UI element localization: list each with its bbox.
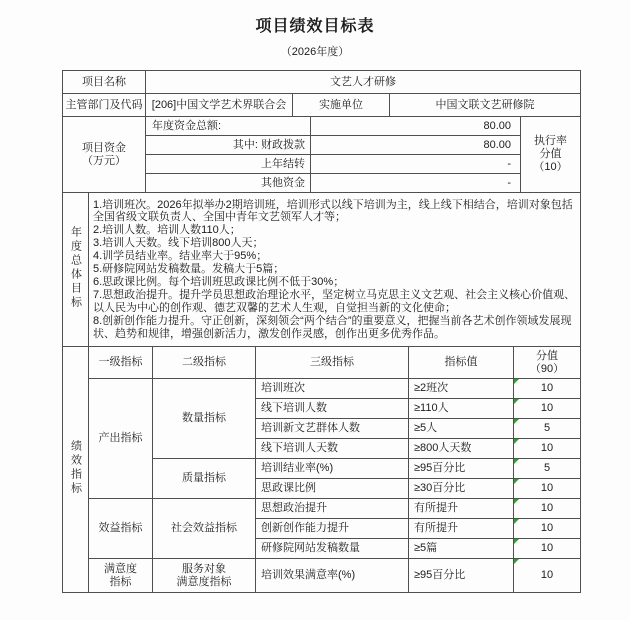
- cell-corner-marker-icon: [514, 439, 519, 444]
- indicator-value: ≥5人: [409, 419, 514, 439]
- table-row: 项目名称 文艺人才研修: [63, 71, 581, 94]
- funding-row-value: -: [311, 155, 521, 174]
- cell-corner-marker-icon: [514, 419, 519, 424]
- indicator-value: ≥30百分比: [409, 479, 514, 499]
- exec-rate-score-label: 执行率 分值 （10）: [521, 117, 581, 193]
- performance-table: 项目名称 文艺人才研修 主管部门及代码 [206]中国文学艺术界联合会 实施单位…: [62, 70, 580, 593]
- funding-row-label: 上年结转: [146, 155, 311, 174]
- cell-corner-marker-icon: [514, 519, 519, 524]
- project-info-table: 项目名称 文艺人才研修 主管部门及代码 [206]中国文学艺术界联合会 实施单位…: [62, 70, 581, 117]
- goal-item: 6.思政课比例。每个培训班思政课比例不低于30%；: [93, 276, 577, 289]
- annual-goals-content: 1.培训班次。2026年拟举办2期培训班，培训形式以线下培训为主，线上线下相结合…: [89, 193, 581, 347]
- cell-corner-marker-icon: [514, 459, 519, 464]
- funding-row-label: 年度资金总额:: [146, 117, 311, 136]
- level2-indicator: 质量指标: [153, 459, 256, 499]
- table-row: 满意度 指标 服务对象 满意度指标 培训效果满意率(%) ≥95百分比 10: [63, 559, 581, 593]
- cell-corner-marker-icon: [514, 559, 519, 564]
- goal-item: 5.研修院网站发稿数量。发稿大于5篇；: [93, 263, 577, 276]
- header-level1: 一级指标: [89, 347, 153, 379]
- indicator-score-text: 5: [544, 462, 550, 474]
- indicator-score: 5: [514, 459, 581, 479]
- goal-item: 3.培训人天数。线下培训800人天；: [93, 237, 577, 250]
- indicator-score: 10: [514, 559, 581, 593]
- cell-corner-marker-icon: [514, 479, 519, 484]
- indicator-score-text: 10: [541, 502, 553, 514]
- table-row: 年度总体目标 1.培训班次。2026年拟举办2期培训班，培训形式以线下培训为主，…: [63, 193, 581, 347]
- annual-goals-side-label: 年度总体目标: [63, 193, 89, 347]
- level3-indicator: 线下培训人天数: [256, 439, 409, 459]
- document-page: 项目绩效目标表 （2026年度） 项目名称 文艺人才研修 主管部门及代码 [20…: [0, 0, 630, 620]
- level1-indicator: 满意度 指标: [89, 559, 153, 593]
- indicator-value: ≥2班次: [409, 379, 514, 399]
- funding-row-value: 80.00: [311, 136, 521, 155]
- impl-unit-value: 中国文联文艺研修院: [390, 94, 581, 117]
- goal-item: 8.创新创作能力提升。守正创新，深刻领会“两个结合”的重要意义，把握当前各艺术创…: [93, 315, 577, 341]
- indicator-score-text: 10: [541, 522, 553, 534]
- indicator-value: ≥5篇: [409, 539, 514, 559]
- table-row: 产出指标 数量指标 培训班次 ≥2班次 10: [63, 379, 581, 399]
- level1-indicator: 效益指标: [89, 499, 153, 559]
- funding-group-label: 项目资金 （万元）: [63, 117, 146, 193]
- goal-item: 1.培训班次。2026年拟举办2期培训班，培训形式以线下培训为主，线上线下相结合…: [93, 199, 577, 225]
- indicator-value: 有所提升: [409, 519, 514, 539]
- cell-corner-marker-icon: [514, 539, 519, 544]
- cell-corner-marker-icon: [514, 499, 519, 504]
- indicator-score: 10: [514, 519, 581, 539]
- table-row: 项目资金 （万元） 年度资金总额: 80.00 执行率 分值 （10）: [63, 117, 581, 136]
- indicator-score-text: 10: [541, 442, 553, 454]
- indicators-header-row: 绩效指标 一级指标 二级指标 三级指标 指标值 分值 （90）: [63, 347, 581, 379]
- level3-indicator: 培训班次: [256, 379, 409, 399]
- indicator-score: 10: [514, 479, 581, 499]
- dept-label: 主管部门及代码: [63, 94, 146, 117]
- level2-indicator: 社会效益指标: [153, 499, 256, 559]
- funding-table: 项目资金 （万元） 年度资金总额: 80.00 执行率 分值 （10） 其中: …: [62, 116, 581, 193]
- funding-row-value: -: [311, 174, 521, 193]
- indicator-value: ≥95百分比: [409, 559, 514, 593]
- table-row: 主管部门及代码 [206]中国文学艺术界联合会 实施单位 中国文联文艺研修院: [63, 94, 581, 117]
- goal-item: 4.训学员结业率。结业率大于95%；: [93, 250, 577, 263]
- level3-indicator: 培训结业率(%): [256, 459, 409, 479]
- page-subtitle: （2026年度）: [0, 43, 630, 59]
- level3-indicator: 线下培训人数: [256, 399, 409, 419]
- project-name-label: 项目名称: [63, 71, 146, 94]
- header-value: 指标值: [409, 347, 514, 379]
- indicator-score-text: 10: [541, 402, 553, 414]
- indicator-score: 10: [514, 379, 581, 399]
- level2-indicator: 服务对象 满意度指标: [153, 559, 256, 593]
- impl-unit-label: 实施单位: [293, 94, 390, 117]
- indicator-score-text: 10: [541, 482, 553, 494]
- indicators-side-label: 绩效指标: [63, 347, 89, 593]
- indicator-score: 10: [514, 439, 581, 459]
- cell-corner-marker-icon: [514, 379, 519, 384]
- header-score: 分值 （90）: [514, 347, 581, 379]
- indicator-value: ≥800人天数: [409, 439, 514, 459]
- funding-row-value: 80.00: [311, 117, 521, 136]
- indicator-score: 10: [514, 499, 581, 519]
- level3-indicator: 研修院网站发稿数量: [256, 539, 409, 559]
- indicator-value: ≥110人: [409, 399, 514, 419]
- indicator-score: 5: [514, 419, 581, 439]
- indicator-score-text: 5: [544, 422, 550, 434]
- goal-item: 2.培训人数。培训人数110人；: [93, 224, 577, 237]
- indicators-table: 绩效指标 一级指标 二级指标 三级指标 指标值 分值 （90） 产出指标 数量指…: [62, 346, 581, 593]
- level3-indicator: 培训效果满意率(%): [256, 559, 409, 593]
- level1-indicator: 产出指标: [89, 379, 153, 499]
- project-name-value: 文艺人才研修: [146, 71, 581, 94]
- indicator-score-text: 10: [541, 542, 553, 554]
- level3-indicator: 创新创作能力提升: [256, 519, 409, 539]
- level3-indicator: 培训新文艺群体人数: [256, 419, 409, 439]
- goal-item: 7.思想政治提升。提升学员思想政治理论水平，坚定树立马克思主义文艺观、社会主义核…: [93, 289, 577, 315]
- level3-indicator: 思政课比例: [256, 479, 409, 499]
- level2-indicator: 数量指标: [153, 379, 256, 459]
- annual-goals-table: 年度总体目标 1.培训班次。2026年拟举办2期培训班，培训形式以线下培训为主，…: [62, 192, 581, 347]
- table-row: 效益指标 社会效益指标 思想政治提升 有所提升 10: [63, 499, 581, 519]
- header-level2: 二级指标: [153, 347, 256, 379]
- funding-row-label: 其中: 财政拨款: [146, 136, 311, 155]
- level3-indicator: 思想政治提升: [256, 499, 409, 519]
- cell-corner-marker-icon: [514, 399, 519, 404]
- page-title: 项目绩效目标表: [0, 13, 630, 36]
- indicator-score: 10: [514, 399, 581, 419]
- indicator-score-text: 10: [541, 569, 553, 581]
- indicator-score-text: 10: [541, 382, 553, 394]
- indicator-value: ≥95百分比: [409, 459, 514, 479]
- indicator-value: 有所提升: [409, 499, 514, 519]
- dept-value: [206]中国文学艺术界联合会: [146, 94, 293, 117]
- annual-goals-side-label-text: 年度总体目标: [64, 226, 88, 310]
- header-level3: 三级指标: [256, 347, 409, 379]
- indicators-side-label-text: 绩效指标: [64, 440, 88, 496]
- indicator-score: 10: [514, 539, 581, 559]
- funding-row-label: 其他资金: [146, 174, 311, 193]
